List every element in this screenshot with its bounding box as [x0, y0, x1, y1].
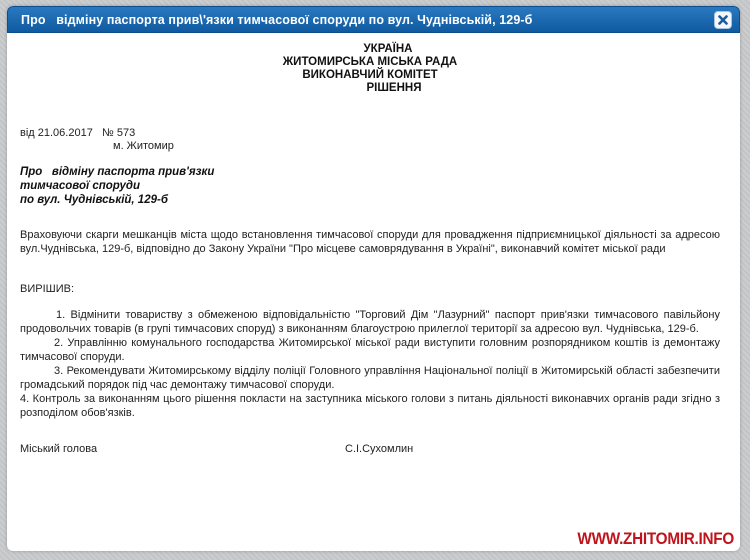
decision-subject: Про відміну паспорта прив'язки тимчасово…: [20, 165, 214, 207]
header-committee: ВИКОНАВЧИЙ КОМІТЕТ: [20, 69, 720, 82]
decision-items: 1. Відмінити товариству з обмеженою відп…: [20, 308, 720, 420]
signature-name: С.І.Сухомлин: [345, 442, 413, 456]
dialog-titlebar[interactable]: Про відміну паспорта прив\'язки тимчасов…: [7, 6, 740, 33]
resolved-label: ВИРІШИВ:: [20, 282, 74, 296]
header-country: УКРАЇНА: [20, 43, 720, 56]
date-number-line: від 21.06.2017 № 573: [20, 126, 135, 140]
preamble-paragraph: Враховуючи скарги мешканців міста щодо в…: [20, 228, 720, 256]
header-decision: РІШЕННЯ: [20, 82, 720, 95]
header-council: ЖИТОМИРСЬКА МІСЬКА РАДА: [20, 56, 720, 69]
site-watermark: WWW.ZHITOMIR.INFO: [577, 529, 734, 549]
signature-title: Міський голова: [20, 442, 97, 456]
document-header: УКРАЇНА ЖИТОМИРСЬКА МІСЬКА РАДА ВИКОНАВЧ…: [20, 43, 720, 95]
decision-item: 2. Управлінню комунального господарства …: [20, 336, 720, 364]
city-line: м. Житомир: [113, 139, 174, 153]
decision-item: 3. Рекомендувати Житомирському відділу п…: [20, 364, 720, 392]
document-dialog: Про відміну паспорта прив\'язки тимчасов…: [7, 6, 740, 551]
close-button[interactable]: [714, 11, 732, 29]
close-x-icon: [718, 15, 728, 25]
subject-line: тимчасової споруди: [20, 179, 214, 193]
decision-item: 1. Відмінити товариству з обмеженою відп…: [20, 308, 720, 336]
subject-line: Про відміну паспорта прив'язки: [20, 165, 214, 179]
subject-line: по вул. Чуднівській, 129-б: [20, 193, 214, 207]
dialog-title: Про відміну паспорта прив\'язки тимчасов…: [21, 13, 532, 27]
decision-item: 4. Контроль за виконанням цього рішення …: [20, 392, 720, 420]
